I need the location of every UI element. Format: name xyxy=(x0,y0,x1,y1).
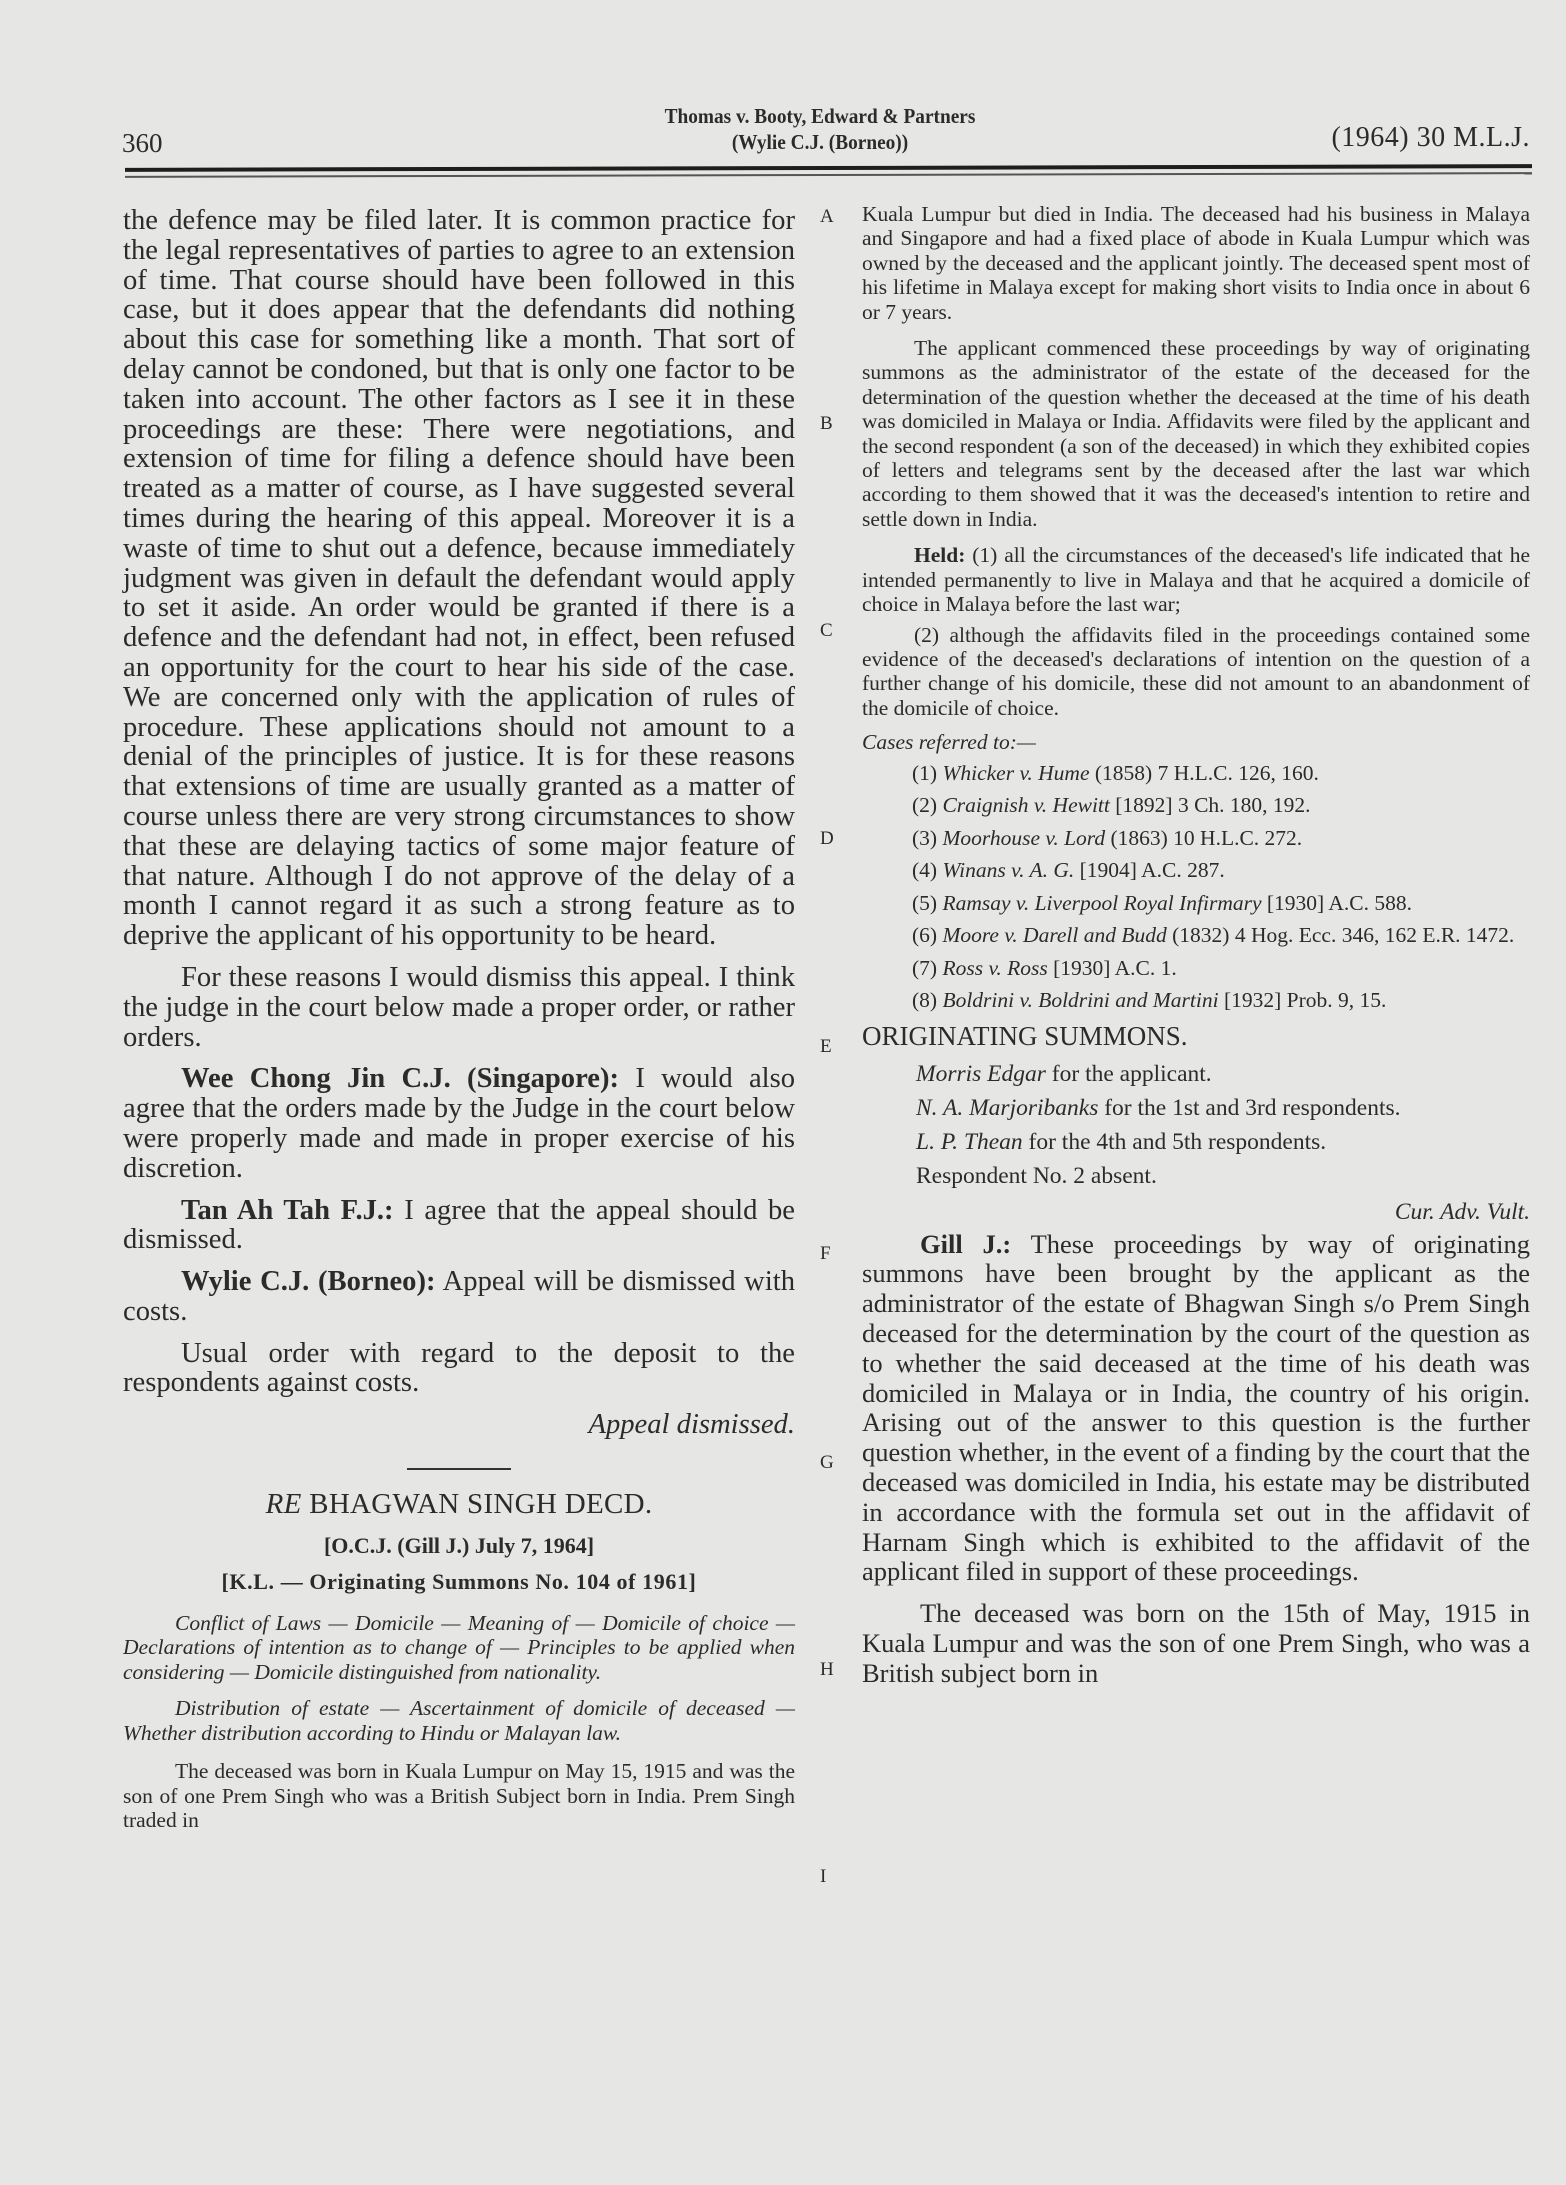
headnote: The applicant commenced these proceeding… xyxy=(862,336,1530,531)
running-judge: (Wylie C.J. (Borneo)) xyxy=(581,129,1059,155)
counsel-line: Morris Edgar for the applicant. xyxy=(862,1060,1530,1088)
absent-note: Respondent No. 2 absent. xyxy=(862,1162,1530,1190)
margin-letter-g: G xyxy=(820,1452,834,1474)
margin-letter-h: H xyxy=(820,1659,834,1681)
case-item: (6) Moore v. Darell and Budd (1832) 4 Ho… xyxy=(862,923,1530,948)
margin-letter-a: A xyxy=(820,206,834,228)
case-item: (4) Winans v. A. G. [1904] A.C. 287. xyxy=(862,858,1530,883)
catchwords: Distribution of estate — Ascertainment o… xyxy=(123,1696,795,1745)
margin-letter-c: C xyxy=(820,620,833,642)
cases-list: (1) Whicker v. Hume (1858) 7 H.L.C. 126,… xyxy=(862,761,1530,1013)
running-header: Thomas v. Booty, Edward & Partners (Wyli… xyxy=(581,103,1059,155)
headnote: The deceased was born in Kuala Lumpur on… xyxy=(123,1759,795,1832)
body-paragraph: Usual order with regard to the deposit t… xyxy=(123,1339,795,1399)
margin-letter-b: B xyxy=(820,413,833,435)
body-paragraph: the defence may be filed later. It is co… xyxy=(123,206,795,951)
judgment-gill: Gill J.: These proceedings by way of ori… xyxy=(862,1230,1530,1588)
catchwords: Conflict of Laws — Domicile — Meaning of… xyxy=(123,1611,795,1684)
held: Held: (1) all the circumstances of the d… xyxy=(862,543,1530,616)
speaker-name: Wylie C.J. (Borneo): xyxy=(181,1266,436,1297)
counsel-line: L. P. Thean for the 4th and 5th responde… xyxy=(862,1128,1530,1156)
page-number: 360 xyxy=(122,128,163,159)
body-paragraph: The deceased was born on the 15th of May… xyxy=(862,1599,1530,1688)
speaker-name: Tan Ah Tah F.J.: xyxy=(181,1195,394,1226)
judgment-wee: Wee Chong Jin C.J. (Singapore): I would … xyxy=(123,1064,795,1183)
counsel-line: N. A. Marjoribanks for the 1st and 3rd r… xyxy=(862,1094,1530,1122)
case-item: (3) Moorhouse v. Lord (1863) 10 H.L.C. 2… xyxy=(862,826,1530,851)
case-item: (8) Boldrini v. Boldrini and Martini [19… xyxy=(862,988,1530,1013)
left-column: the defence may be filed later. It is co… xyxy=(123,206,795,1832)
case-item: (1) Whicker v. Hume (1858) 7 H.L.C. 126,… xyxy=(862,761,1530,786)
case-reference: [K.L. — Originating Summons No. 104 of 1… xyxy=(123,1569,795,1595)
case-title: RE BHAGWAN SINGH DECD. xyxy=(123,1488,795,1521)
held: (2) although the affidavits filed in the… xyxy=(862,623,1530,721)
cases-label: Cases referred to:— xyxy=(862,730,1530,754)
section-divider xyxy=(407,1468,511,1470)
court-line: [O.C.J. (Gill J.) July 7, 1964] xyxy=(123,1533,795,1559)
judgment-wylie: Wylie C.J. (Borneo): Appeal will be dism… xyxy=(123,1267,795,1327)
case-item: (2) Craignish v. Hewitt [1892] 3 Ch. 180… xyxy=(862,793,1530,818)
margin-letter-i: I xyxy=(820,1866,826,1888)
margin-letter-f: F xyxy=(820,1243,831,1265)
speaker-name: Wee Chong Jin C.J. (Singapore): xyxy=(181,1063,619,1094)
report-citation: (1964) 30 M.L.J. xyxy=(1331,122,1530,154)
case-item: (5) Ramsay v. Liverpool Royal Infirmary … xyxy=(862,891,1530,916)
cur-adv-vult: Cur. Adv. Vult. xyxy=(862,1198,1530,1226)
header-rule-thick xyxy=(125,164,1532,172)
held-label: Held: xyxy=(914,543,965,567)
header-rule-thin xyxy=(125,172,1532,178)
body-paragraph: For these reasons I would dismiss this a… xyxy=(123,963,795,1052)
proceeding-heading: ORIGINATING SUMMONS. xyxy=(862,1021,1530,1052)
speaker-name: Gill J.: xyxy=(920,1229,1011,1259)
right-column: Kuala Lumpur but died in India. The dece… xyxy=(862,202,1530,1688)
outcome: Appeal dismissed. xyxy=(123,1410,795,1440)
headnote: Kuala Lumpur but died in India. The dece… xyxy=(862,202,1530,324)
case-item: (7) Ross v. Ross [1930] A.C. 1. xyxy=(862,956,1530,981)
judgment-tan: Tan Ah Tah F.J.: I agree that the appeal… xyxy=(123,1196,795,1256)
margin-letter-d: D xyxy=(820,828,834,850)
margin-letter-e: E xyxy=(820,1036,832,1058)
running-case-title: Thomas v. Booty, Edward & Partners xyxy=(581,103,1059,129)
